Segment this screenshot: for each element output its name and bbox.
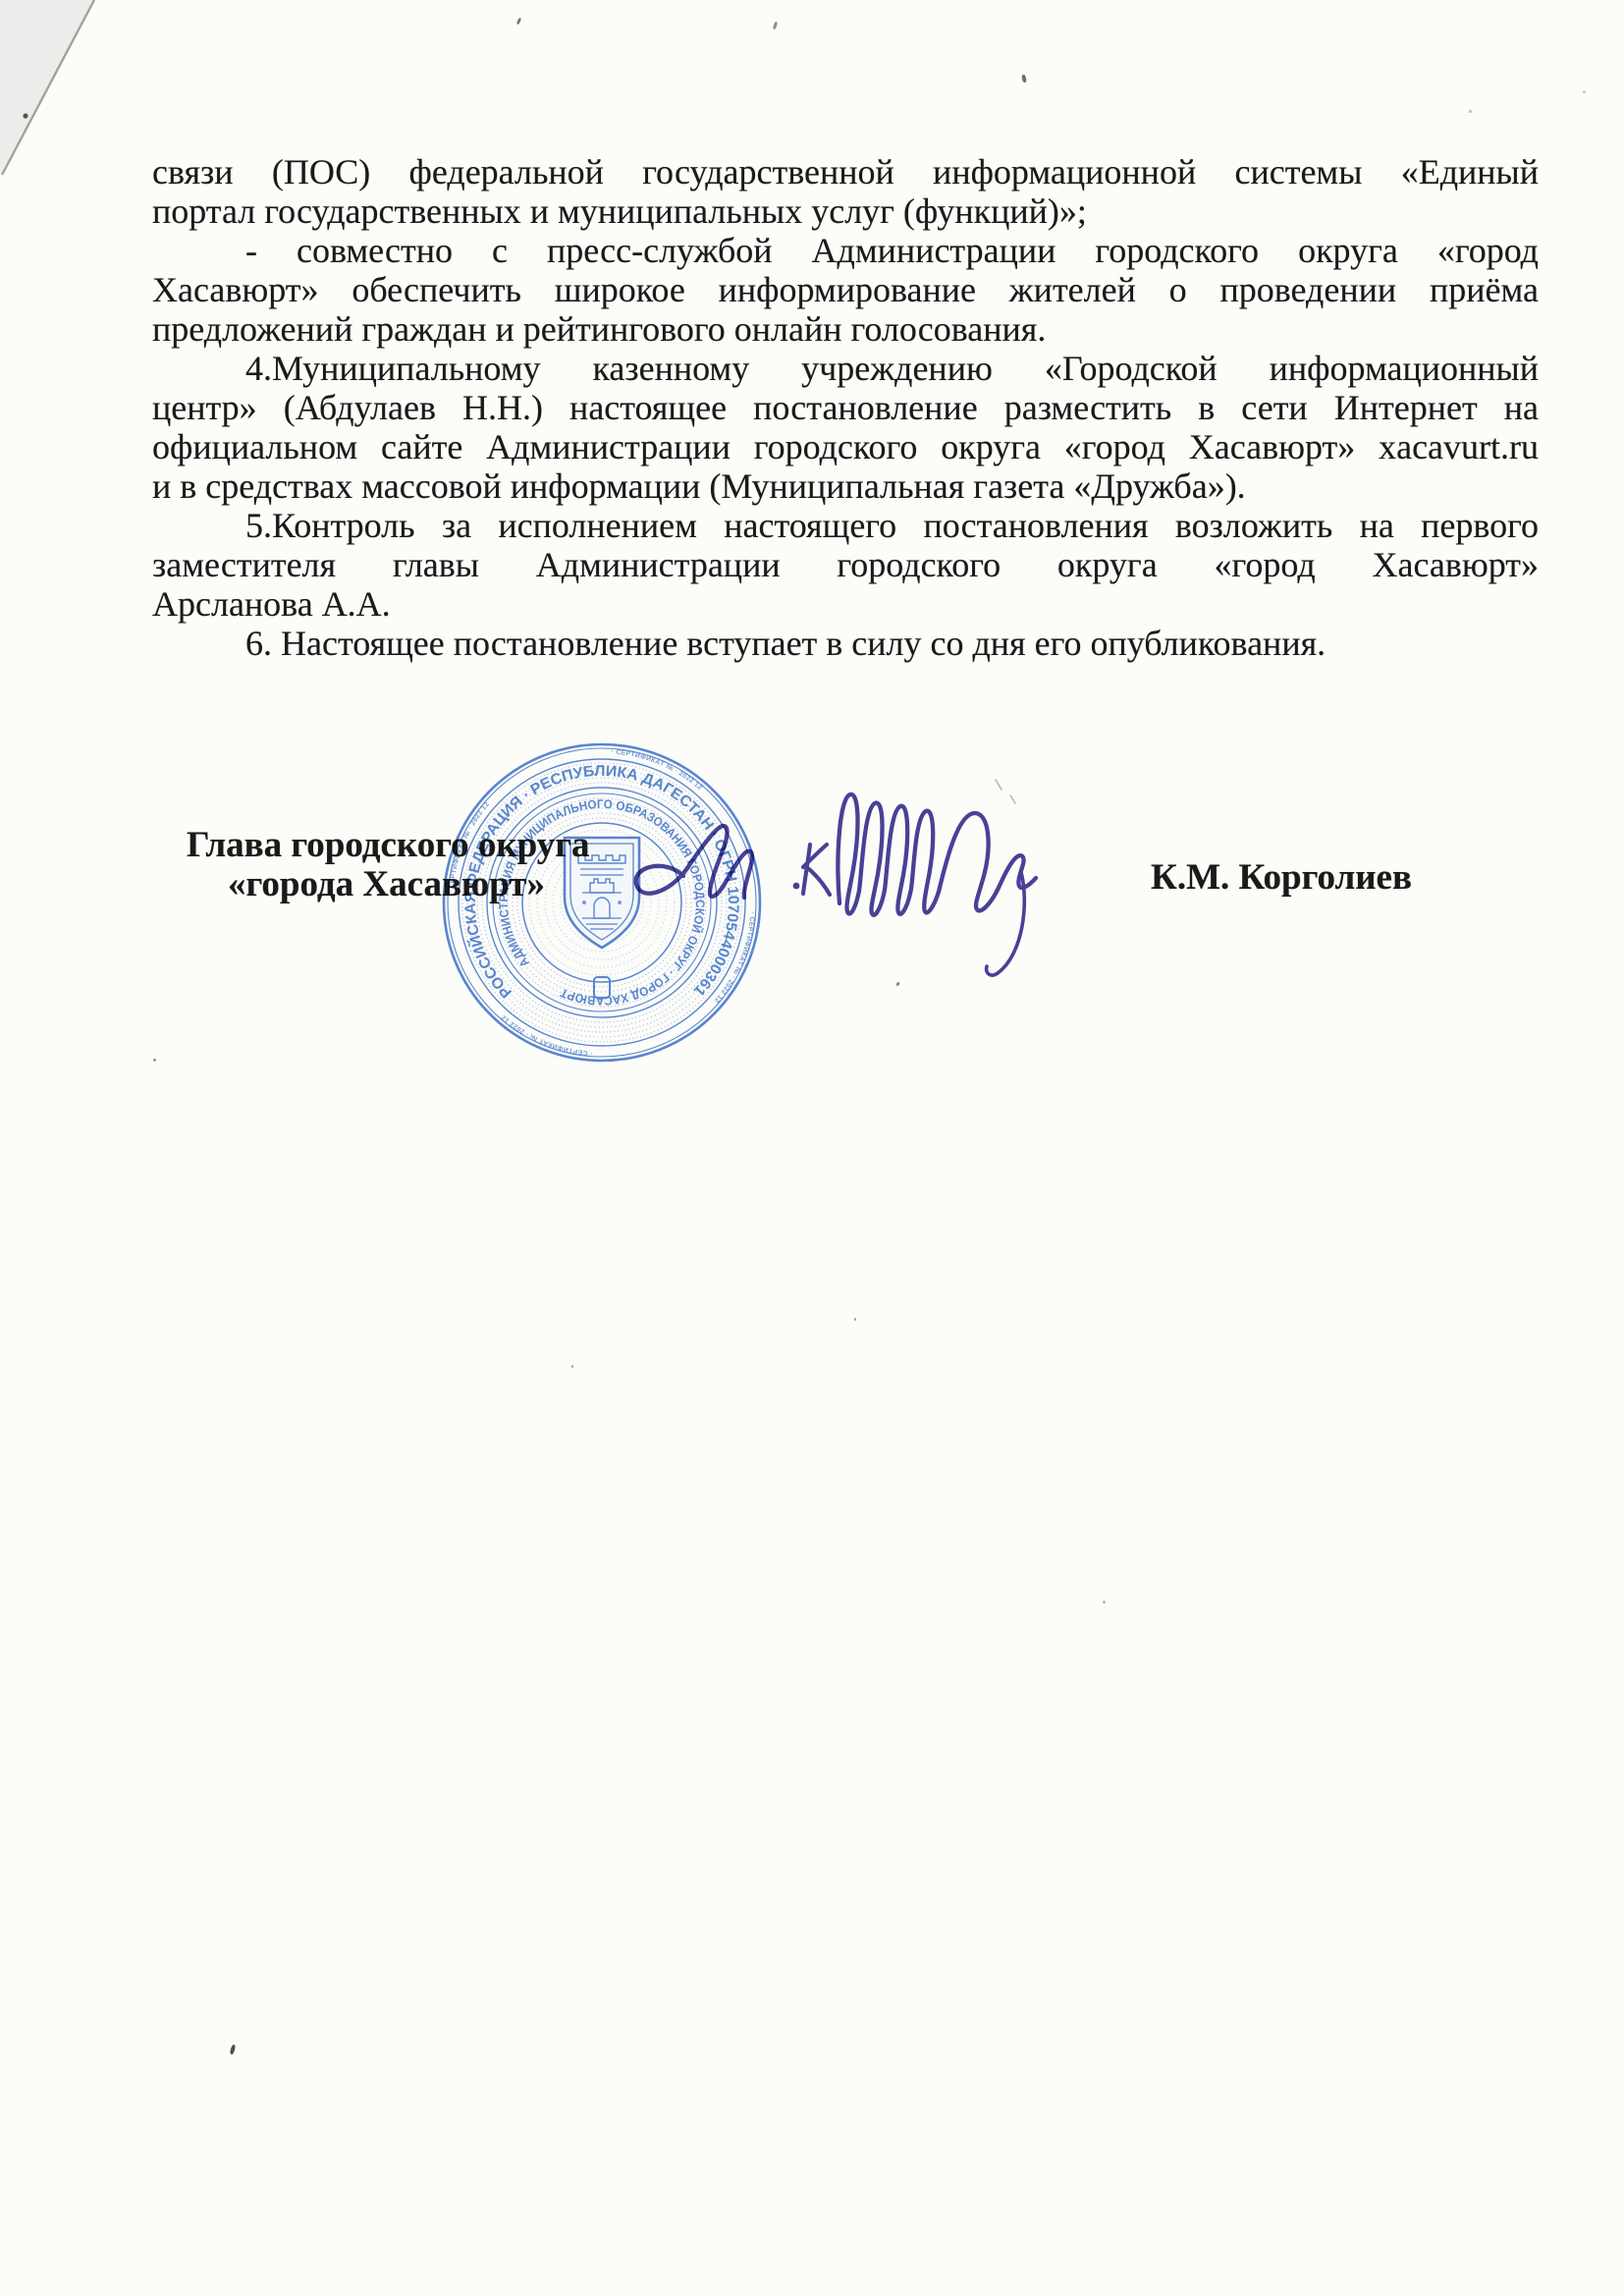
text-line: Хасавюрт» обеспечить широкое информирова…: [152, 270, 1539, 309]
scan-speck: [571, 1365, 573, 1368]
scan-speck: [1469, 110, 1472, 113]
text-line: предложений граждан и рейтингового онлай…: [152, 309, 1539, 349]
text-line: 6. Настоящее постановление вступает в си…: [152, 624, 1539, 663]
scanned-document-page: связи (ПОС) федеральной государственной …: [0, 0, 1624, 2296]
scan-speck: [153, 1059, 156, 1062]
text-line: центр» (Абдулаев Н.Н.) настоящее постано…: [152, 388, 1539, 427]
text-line: связи (ПОС) федеральной государственной …: [152, 152, 1539, 191]
scan-speck: [1583, 90, 1586, 93]
text-line: официальном сайте Администрации городско…: [152, 427, 1539, 466]
signer-name: К.М. Корголиев: [1151, 858, 1412, 898]
scan-speck: [773, 22, 778, 30]
text-line: 5.Контроль за исполнением настоящего пос…: [152, 506, 1539, 545]
text-line: 4.Муниципальному казенному учреждению «Г…: [152, 349, 1539, 388]
document-body: связи (ПОС) федеральной государственной …: [152, 152, 1539, 663]
signature-ink: [601, 774, 1062, 1068]
scan-speck: [1103, 1601, 1106, 1604]
text-line: и в средствах массовой информации (Муниц…: [152, 466, 1539, 506]
scan-speck: [230, 2045, 237, 2055]
text-line: Арсланова А.А.: [152, 584, 1539, 624]
scan-speck: [1021, 75, 1027, 83]
scan-speck: [516, 18, 522, 26]
scan-speck: [854, 1318, 856, 1321]
text-line: заместителя главы Администрации городско…: [152, 545, 1539, 584]
page-corner-fold: [0, 0, 108, 187]
text-line: портал государственных и муниципальных у…: [152, 191, 1539, 231]
text-line: - совместно с пресс-службой Администраци…: [152, 231, 1539, 270]
